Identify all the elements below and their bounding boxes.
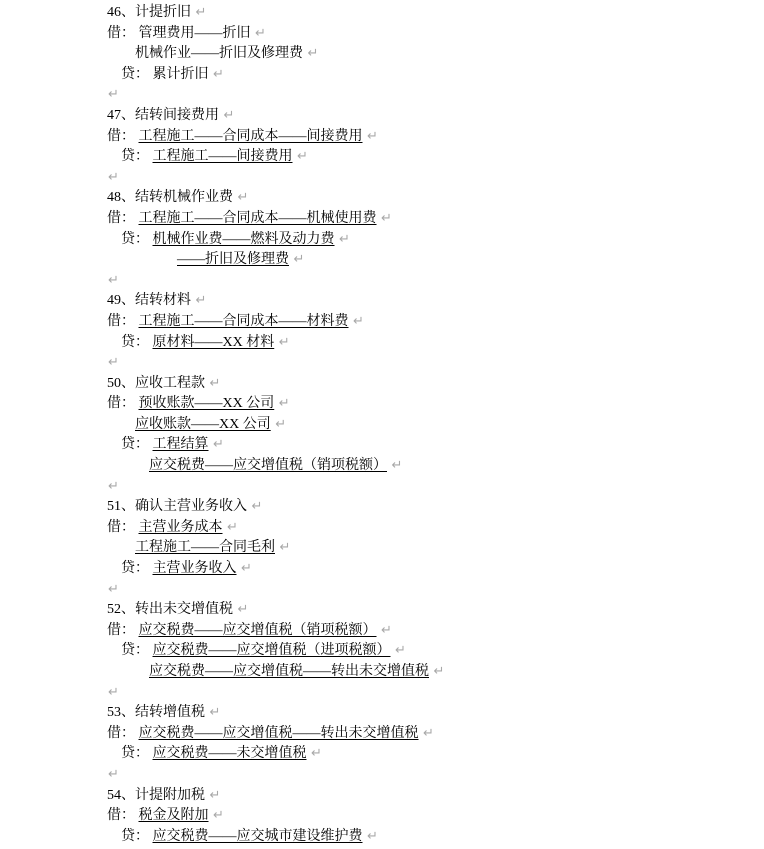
blank-line: ↵	[107, 580, 444, 601]
paragraph-return-mark: ↵	[381, 623, 392, 638]
account-text: 应交税费——未交增值税	[153, 746, 307, 761]
paragraph-return-mark: ↵	[108, 685, 119, 700]
entry-account-line: 贷： 主营业务收入 ↵	[107, 559, 444, 580]
debit-credit-label: 贷：	[121, 67, 149, 82]
paragraph-return-mark: ↵	[280, 540, 291, 555]
blank-line: ↵	[107, 353, 444, 374]
paragraph-return-mark: ↵	[238, 190, 249, 205]
paragraph-return-mark: ↵	[279, 335, 290, 350]
blank-line: ↵	[107, 168, 444, 189]
account-text: 工程结算	[153, 437, 209, 452]
paragraph-return-mark: ↵	[241, 561, 252, 576]
paragraph-return-mark: ↵	[210, 705, 221, 720]
debit-credit-label: 贷：	[121, 335, 149, 350]
paragraph-return-mark: ↵	[423, 726, 434, 741]
paragraph-return-mark: ↵	[108, 273, 119, 288]
paragraph-return-mark: ↵	[367, 829, 378, 844]
entry-account-line: 借： 主营业务成本 ↵	[107, 518, 444, 539]
paragraph-return-mark: ↵	[311, 746, 322, 761]
debit-credit-label: 贷：	[121, 746, 149, 761]
debit-credit-label: 借：	[107, 211, 135, 226]
debit-credit-label: 贷：	[121, 561, 149, 576]
entry-account-line: 借： 工程施工——合同成本——间接费用 ↵	[107, 127, 444, 148]
account-text: 47、结转间接费用	[107, 108, 219, 123]
paragraph-return-mark: ↵	[108, 87, 119, 102]
debit-credit-label: 借：	[107, 129, 135, 144]
account-text: 税金及附加	[139, 808, 209, 823]
paragraph-return-mark: ↵	[108, 170, 119, 185]
account-text: 应交税费——应交增值税——转出未交增值税	[149, 664, 429, 679]
debit-credit-label: 借：	[107, 314, 135, 329]
paragraph-return-mark: ↵	[353, 314, 364, 329]
debit-credit-label: 借：	[107, 396, 135, 411]
account-text: 机械作业——折旧及修理费	[135, 46, 303, 61]
debit-credit-label: 借：	[107, 520, 135, 535]
blank-line: ↵	[107, 683, 444, 704]
paragraph-return-mark: ↵	[196, 293, 207, 308]
account-text: 52、转出未交增值税	[107, 602, 233, 617]
account-text: 工程施工——间接费用	[153, 149, 293, 164]
entry-account-line: 贷： 原材料——XX 材料 ↵	[107, 333, 444, 354]
entry-account-line: 应交税费——应交增值税（销项税额） ↵	[107, 456, 444, 477]
entry-title-line: 54、计提附加税 ↵	[107, 786, 444, 807]
entry-account-line: 贷： 工程结算 ↵	[107, 435, 444, 456]
account-text: 应交税费——应交增值税——转出未交增值税	[139, 726, 419, 741]
account-text: 累计折旧	[153, 67, 209, 82]
account-text: 工程施工——合同成本——机械使用费	[139, 211, 377, 226]
account-text: 预收账款——XX 公司	[139, 396, 275, 411]
entry-account-line: 借： 应交税费——应交增值税——转出未交增值税 ↵	[107, 724, 444, 745]
entry-account-line: 贷： 应交税费——未交增值税 ↵	[107, 744, 444, 765]
debit-credit-label: 借：	[107, 808, 135, 823]
paragraph-return-mark: ↵	[395, 643, 406, 658]
entry-account-line: 机械作业——折旧及修理费 ↵	[107, 44, 444, 65]
paragraph-return-mark: ↵	[210, 376, 221, 391]
account-text: 46、计提折旧	[107, 5, 191, 20]
debit-credit-label: 贷：	[121, 232, 149, 247]
account-text: 54、计提附加税	[107, 788, 205, 803]
paragraph-return-mark: ↵	[339, 232, 350, 247]
entry-account-line: 应收账款——XX 公司 ↵	[107, 415, 444, 436]
paragraph-return-mark: ↵	[108, 479, 119, 494]
entry-account-line: 借： 管理费用——折旧 ↵	[107, 24, 444, 45]
entry-account-line: 借： 应交税费——应交增值税（销项税额） ↵	[107, 621, 444, 642]
account-text: 主营业务成本	[139, 520, 223, 535]
account-text: 工程施工——合同成本——材料费	[139, 314, 349, 329]
paragraph-return-mark: ↵	[279, 396, 290, 411]
paragraph-return-mark: ↵	[275, 417, 286, 432]
debit-credit-label: 贷：	[121, 437, 149, 452]
paragraph-return-mark: ↵	[213, 437, 224, 452]
paragraph-return-mark: ↵	[224, 108, 235, 123]
entry-title-line: 48、结转机械作业费 ↵	[107, 188, 444, 209]
debit-credit-label: 借：	[107, 726, 135, 741]
entry-account-line: 借： 工程施工——合同成本——材料费 ↵	[107, 312, 444, 333]
entry-account-line: 贷： 应交税费——应交城市建设维护费 ↵	[107, 827, 444, 848]
blank-line: ↵	[107, 477, 444, 498]
account-text: 主营业务收入	[153, 561, 237, 576]
account-text: 53、结转增值税	[107, 705, 205, 720]
entry-title-line: 53、结转增值税 ↵	[107, 703, 444, 724]
debit-credit-label: 借：	[107, 26, 135, 41]
paragraph-return-mark: ↵	[108, 767, 119, 782]
account-text: 应交税费——应交城市建设维护费	[153, 829, 363, 844]
paragraph-return-mark: ↵	[238, 602, 249, 617]
account-text: 48、结转机械作业费	[107, 190, 233, 205]
entry-title-line: 51、确认主营业务收入 ↵	[107, 497, 444, 518]
paragraph-return-mark: ↵	[392, 458, 403, 473]
paragraph-return-mark: ↵	[434, 664, 445, 679]
account-text: 51、确认主营业务收入	[107, 499, 247, 514]
paragraph-return-mark: ↵	[255, 26, 266, 41]
entry-title-line: 50、应收工程款 ↵	[107, 374, 444, 395]
account-text: 管理费用——折旧	[139, 26, 251, 41]
blank-line: ↵	[107, 85, 444, 106]
account-text: 50、应收工程款	[107, 376, 205, 391]
paragraph-return-mark: ↵	[381, 211, 392, 226]
entry-account-line: 贷： 机械作业费——燃料及动力费 ↵	[107, 230, 444, 251]
debit-credit-label: 贷：	[121, 643, 149, 658]
entry-account-line: 应交税费——应交增值税——转出未交增值税 ↵	[107, 662, 444, 683]
paragraph-return-mark: ↵	[108, 355, 119, 370]
entry-title-line: 52、转出未交增值税 ↵	[107, 600, 444, 621]
paragraph-return-mark: ↵	[294, 252, 305, 267]
entry-account-line: 贷： 累计折旧 ↵	[107, 65, 444, 86]
account-text: 应收账款——XX 公司	[135, 417, 271, 432]
entry-title-line: 46、计提折旧 ↵	[107, 3, 444, 24]
entry-account-line: 借： 税金及附加 ↵	[107, 806, 444, 827]
paragraph-return-mark: ↵	[227, 520, 238, 535]
document-content[interactable]: 46、计提折旧 ↵ 借： 管理费用——折旧 ↵ 机械作业——折旧及修理费 ↵ 贷…	[107, 3, 444, 847]
account-text: ——折旧及修理费	[177, 252, 289, 267]
account-text: 原材料——XX 材料	[153, 335, 275, 350]
entry-account-line: 借： 工程施工——合同成本——机械使用费 ↵	[107, 209, 444, 230]
account-text: 机械作业费——燃料及动力费	[153, 232, 335, 247]
blank-line: ↵	[107, 271, 444, 292]
paragraph-return-mark: ↵	[213, 67, 224, 82]
debit-credit-label: 借：	[107, 623, 135, 638]
account-text: 应交税费——应交增值税（进项税额）	[153, 643, 391, 658]
entry-account-line: 贷： 应交税费——应交增值税（进项税额） ↵	[107, 641, 444, 662]
account-text: 应交税费——应交增值税（销项税额）	[149, 458, 387, 473]
paragraph-return-mark: ↵	[367, 129, 378, 144]
entry-account-line: 工程施工——合同毛利 ↵	[107, 538, 444, 559]
paragraph-return-mark: ↵	[196, 5, 207, 20]
paragraph-return-mark: ↵	[213, 808, 224, 823]
account-text: 工程施工——合同毛利	[135, 540, 275, 555]
debit-credit-label: 贷：	[121, 149, 149, 164]
paragraph-return-mark: ↵	[308, 46, 319, 61]
entry-account-line: ——折旧及修理费 ↵	[107, 250, 444, 271]
entry-account-line: 贷： 工程施工——间接费用 ↵	[107, 147, 444, 168]
paragraph-return-mark: ↵	[108, 582, 119, 597]
account-text: 应交税费——应交增值税（销项税额）	[139, 623, 377, 638]
blank-line: ↵	[107, 765, 444, 786]
entry-account-line: 借： 预收账款——XX 公司 ↵	[107, 394, 444, 415]
entry-title-line: 49、结转材料 ↵	[107, 291, 444, 312]
account-text: 49、结转材料	[107, 293, 191, 308]
debit-credit-label: 贷：	[121, 829, 149, 844]
paragraph-return-mark: ↵	[297, 149, 308, 164]
entry-title-line: 47、结转间接费用 ↵	[107, 106, 444, 127]
paragraph-return-mark: ↵	[210, 788, 221, 803]
account-text: 工程施工——合同成本——间接费用	[139, 129, 363, 144]
paragraph-return-mark: ↵	[252, 499, 263, 514]
